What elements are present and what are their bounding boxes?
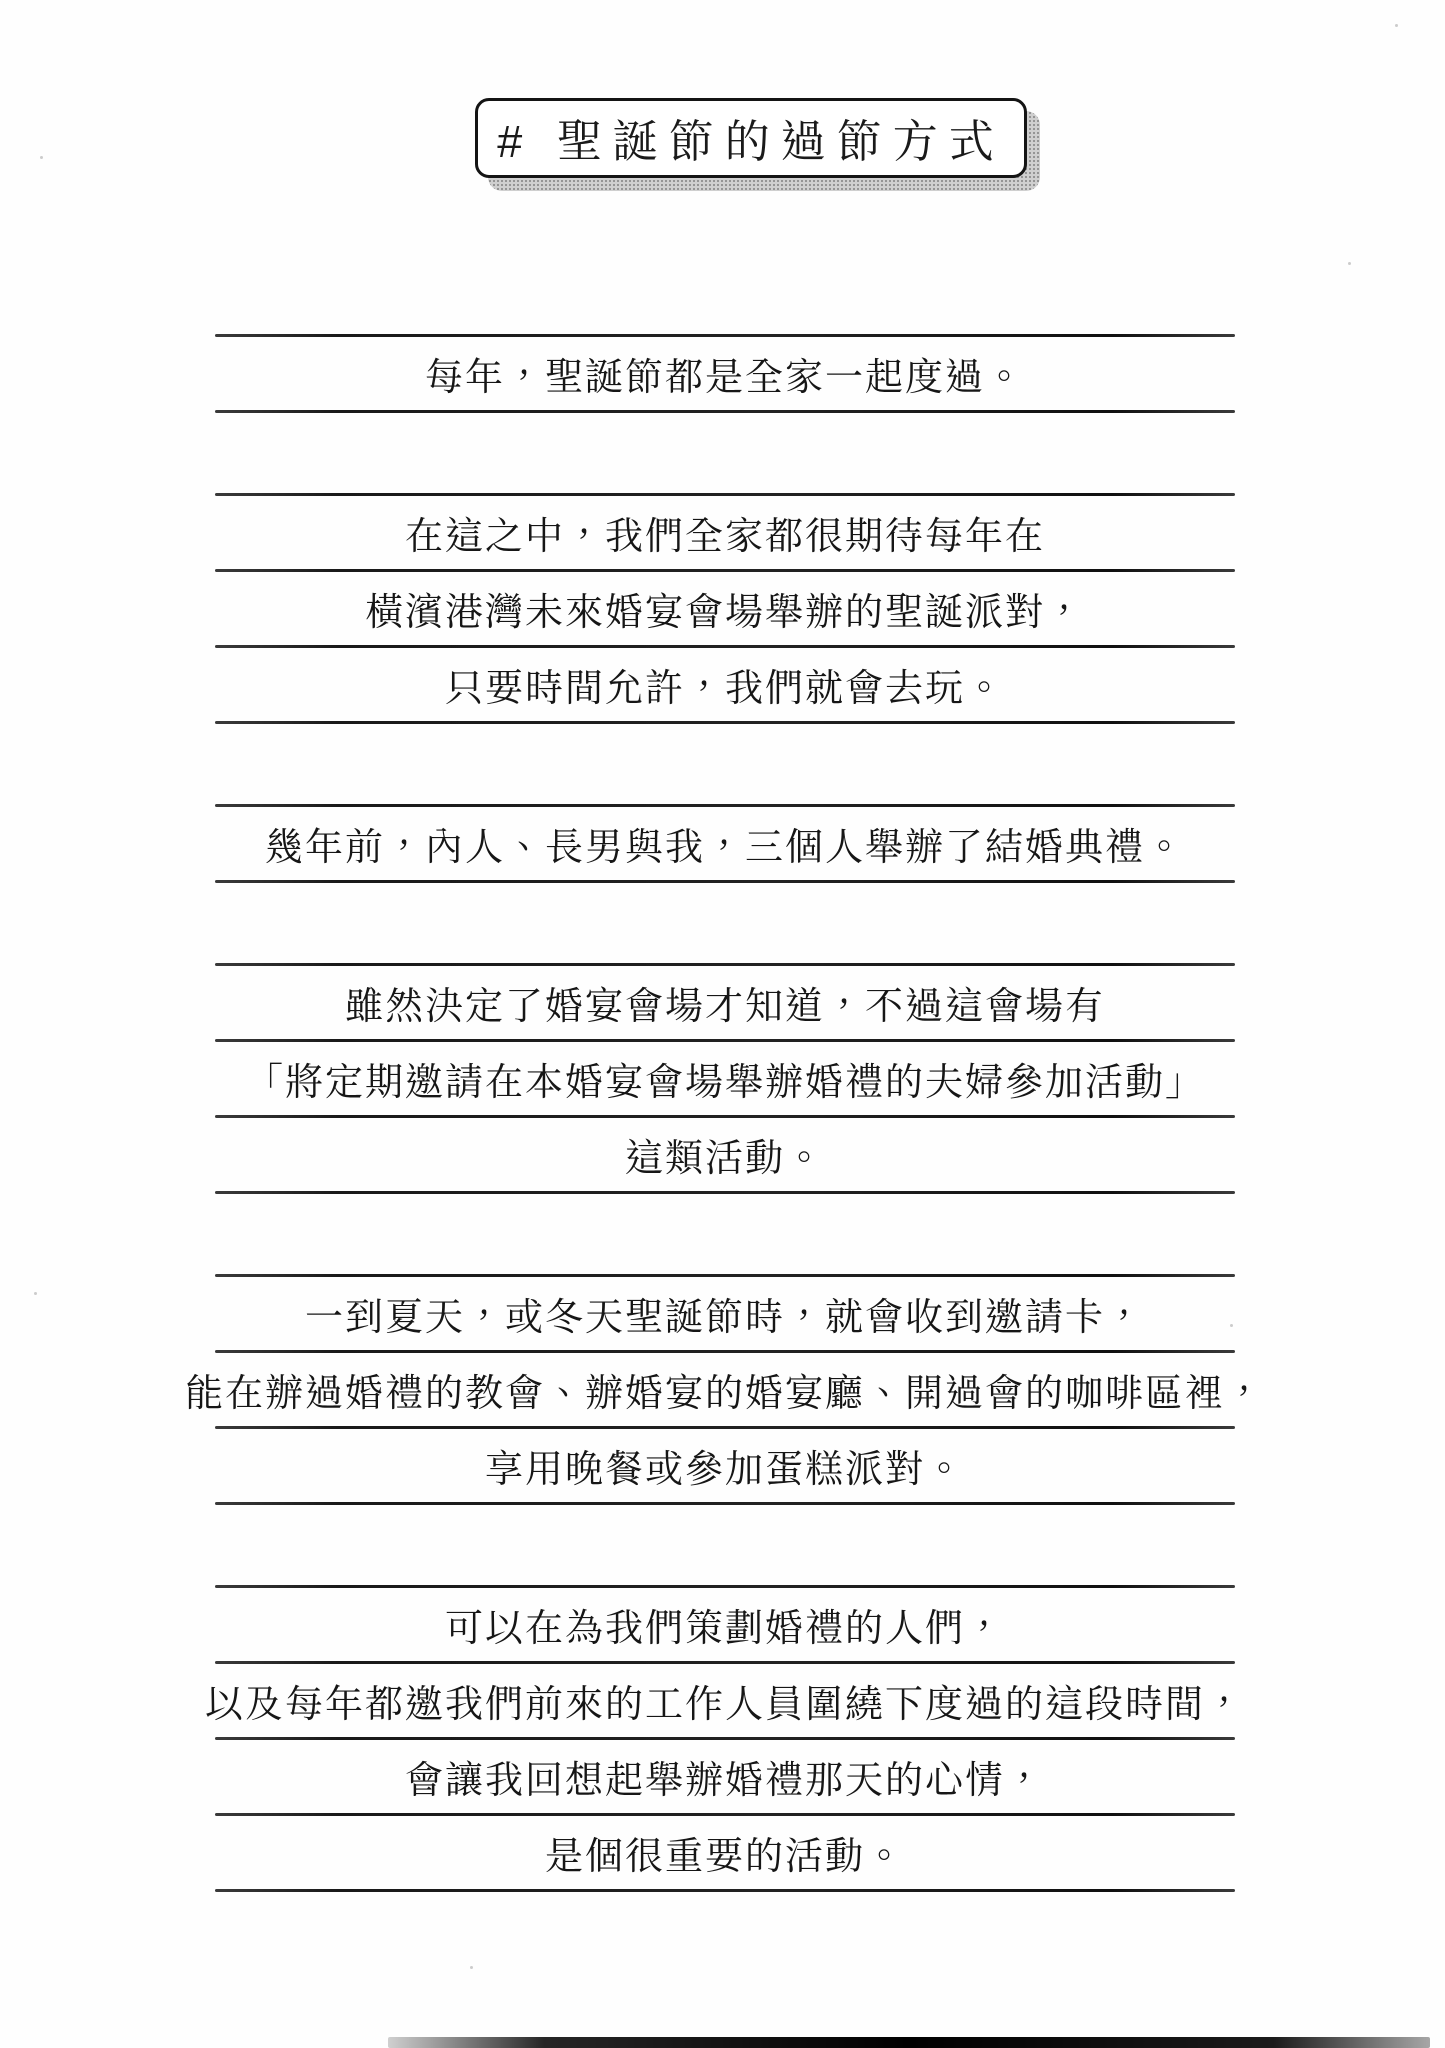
text-line: 每年，聖誕節都是全家一起度過。 xyxy=(215,337,1235,410)
paragraph-block-2: 在這之中，我們全家都很期待每年在橫濱港灣未來婚宴會場舉辦的聖誕派對，只要時間允許… xyxy=(215,493,1235,724)
text-line: 幾年前，內人、長男與我，三個人舉辦了結婚典禮。 xyxy=(215,807,1235,880)
rule-line xyxy=(215,410,1235,413)
text-line: 以及每年都邀我們前來的工作人員圍繞下度過的這段時間， xyxy=(215,1664,1235,1737)
rule-line xyxy=(215,1889,1235,1892)
page-edge-scan-shadow xyxy=(388,2037,1430,2048)
text-line: 橫濱港灣未來婚宴會場舉辦的聖誕派對， xyxy=(215,572,1235,645)
scan-speck xyxy=(1348,262,1351,265)
text-line: 「將定期邀請在本婚宴會場舉辦婚禮的夫婦參加活動」 xyxy=(215,1042,1235,1115)
chapter-title-box: # 聖誕節的過節方式 xyxy=(475,98,1027,178)
text-line: 雖然決定了婚宴會場才知道，不過這會場有 xyxy=(215,966,1235,1039)
scanned-book-page: # 聖誕節的過節方式 每年，聖誕節都是全家一起度過。在這之中，我們全家都很期待每… xyxy=(0,0,1445,2048)
text-line: 一到夏天，或冬天聖誕節時，就會收到邀請卡， xyxy=(215,1277,1235,1350)
rule-line xyxy=(215,1191,1235,1194)
text-line: 是個很重要的活動。 xyxy=(215,1816,1235,1889)
text-line: 能在辦過婚禮的教會、辦婚宴的婚宴廳、開過會的咖啡區裡， xyxy=(215,1353,1235,1426)
rule-line xyxy=(215,880,1235,883)
text-line: 這類活動。 xyxy=(215,1118,1235,1191)
title-box-frame: # 聖誕節的過節方式 xyxy=(475,98,1027,178)
scan-speck xyxy=(1395,24,1398,27)
text-line: 會讓我回想起舉辦婚禮那天的心情， xyxy=(215,1740,1235,1813)
scan-speck xyxy=(40,156,43,159)
paragraph-block-5: 一到夏天，或冬天聖誕節時，就會收到邀請卡，能在辦過婚禮的教會、辦婚宴的婚宴廳、開… xyxy=(215,1274,1235,1505)
paragraph-block-6: 可以在為我們策劃婚禮的人們，以及每年都邀我們前來的工作人員圍繞下度過的這段時間，… xyxy=(215,1585,1235,1892)
rule-line xyxy=(215,1502,1235,1505)
paragraph-block-4: 雖然決定了婚宴會場才知道，不過這會場有「將定期邀請在本婚宴會場舉辦婚禮的夫婦參加… xyxy=(215,963,1235,1194)
text-line: 享用晚餐或參加蛋糕派對。 xyxy=(215,1429,1235,1502)
scan-speck xyxy=(470,1966,473,1969)
scan-speck xyxy=(1230,1324,1233,1327)
text-line: 只要時間允許，我們就會去玩。 xyxy=(215,648,1235,721)
rule-line xyxy=(215,721,1235,724)
manuscript: 每年，聖誕節都是全家一起度過。在這之中，我們全家都很期待每年在橫濱港灣未來婚宴會… xyxy=(215,334,1235,1972)
text-line: 在這之中，我們全家都很期待每年在 xyxy=(215,496,1235,569)
paragraph-block-1: 每年，聖誕節都是全家一起度過。 xyxy=(215,334,1235,413)
scan-speck xyxy=(34,1292,37,1295)
paragraph-block-3: 幾年前，內人、長男與我，三個人舉辦了結婚典禮。 xyxy=(215,804,1235,883)
chapter-title: # 聖誕節的過節方式 xyxy=(497,105,1005,170)
text-line: 可以在為我們策劃婚禮的人們， xyxy=(215,1588,1235,1661)
